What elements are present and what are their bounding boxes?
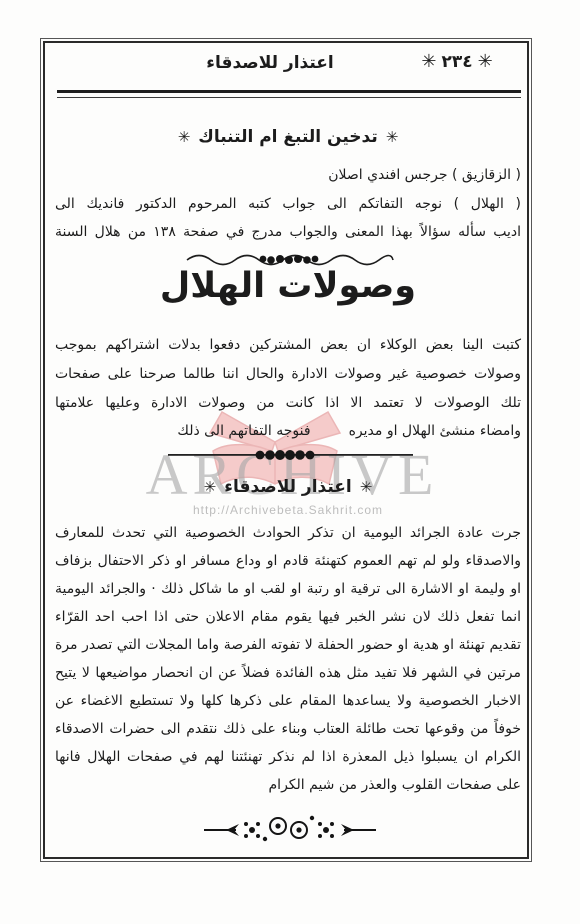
section-title-tobacco: ✳تدخين التبغ ام التنباك✳ — [55, 127, 521, 147]
text-line: وصولات خصوصية غير وصولات الادارة والحال … — [55, 360, 521, 388]
text-line: تلك الوصولات لا تعتمد الا اذا كانت من وص… — [55, 389, 521, 417]
text-line: ( الزقازيق ) جرجس افندي اصلان — [55, 161, 576, 189]
text-line: تقديم تهنئة او هدية او حضور الحفلة لا تف… — [55, 631, 521, 659]
center-divider — [168, 447, 413, 463]
scanned-magazine-page: { "colors":{ "ink":"#1c1c1c", "frame":"#… — [0, 0, 580, 924]
text-line: الاخبار الخصوصية ولا يساعدها المقام على … — [55, 687, 521, 715]
section-title-text: تدخين التبغ ام التنباك — [198, 127, 377, 147]
page-number: ✳ ٢٣٤ ✳ — [412, 52, 502, 72]
text-line: اديب سأله سؤالاً بهذا المعنى والجواب مدر… — [55, 218, 521, 246]
text-line: ( الهلال ) نوجه التفاتكم الى جواب كتبه ا… — [55, 190, 576, 218]
asterisk-ornament-icon: ✳ — [178, 128, 191, 146]
watermark-url: http://Archivebeta.Sakhrit.com — [55, 503, 521, 517]
asterisk-ornament-icon: ✳ — [204, 478, 217, 496]
text-line: والاصدقاء ولو لم تهم العموم كتهنئة قادم … — [55, 547, 521, 575]
text-line: كتبت الينا بعض الوكلاء ان بعض المشتركين … — [55, 331, 541, 359]
section-title-text: اعتذار للاصدقاء — [224, 477, 351, 497]
flourish-ornament — [202, 810, 378, 850]
text-line: او وليمة او الاشارة الى ترقية او رتبة او… — [55, 575, 521, 603]
header-rule — [57, 90, 521, 98]
asterisk-ornament-icon: ✳ — [360, 478, 373, 496]
section-title-apology: ✳اعتذار للاصدقاء✳ — [55, 477, 521, 497]
text-line: خوفاً من وقوعها تحت طائلة العتاب وبناء ع… — [55, 715, 521, 743]
asterisk-ornament-icon: ✳ — [478, 53, 493, 71]
text-line: مرتين في الشهر فلا تفيد مثل هذه الفائدة … — [55, 659, 521, 687]
page-number-value: ٢٣٤ — [441, 52, 472, 72]
text-line: على صفحات القلوب والعذر من شيم الكرام — [55, 771, 521, 799]
text-line: وامضاء منشئ الهلال او مديره فنوجه التفات… — [55, 417, 521, 445]
text-line: الكرام ان يسبلوا ذيل المعذرة اذا لم نذكر… — [55, 743, 521, 771]
asterisk-ornament-icon: ✳ — [421, 53, 436, 71]
asterisk-ornament-icon: ✳ — [386, 128, 399, 146]
text-line: جرت عادة الجرائد اليومية ان تذكر الحوادث… — [55, 519, 541, 547]
attention-clause: فنوجه التفاتهم الى ذلك — [177, 417, 310, 445]
text-line: انما تفعل ذلك لان نشر الخبر فيها يقوم مق… — [55, 603, 521, 631]
article-heading-receipts: وصولات الهلال — [55, 266, 521, 306]
running-header-title: اعتذار للاصدقاء — [195, 53, 345, 73]
signature-clause: وامضاء منشئ الهلال او مديره — [349, 417, 521, 445]
